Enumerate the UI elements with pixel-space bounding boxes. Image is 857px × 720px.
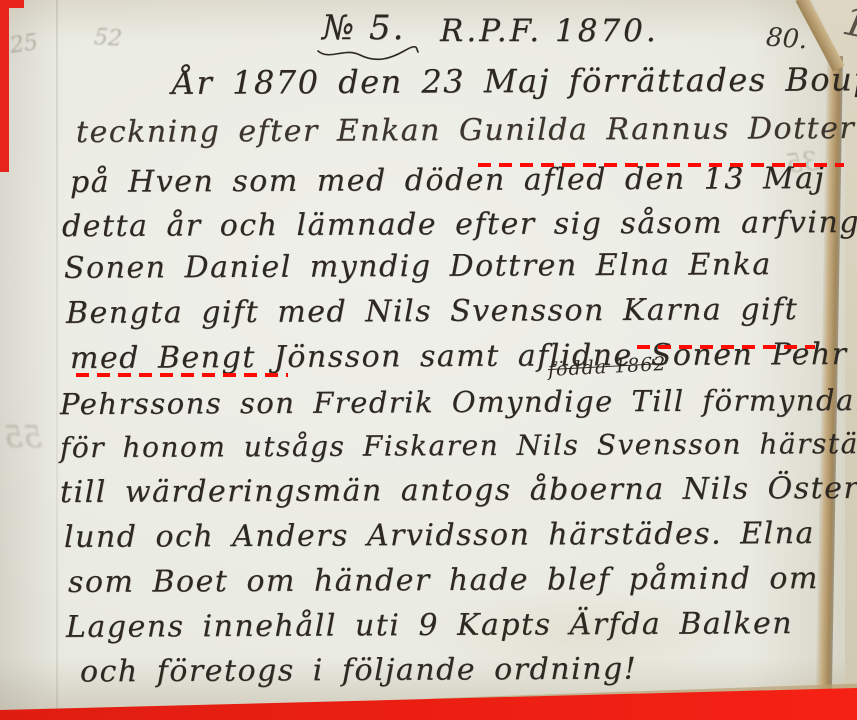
flourish-underline	[316, 46, 420, 62]
stray-pen-mark: 1	[838, 0, 857, 48]
handwritten-line-8: Pehrssons son Fredrik Omyndige Till förm…	[60, 383, 857, 421]
red-dashed-underline-bengt-jonsson	[76, 373, 288, 377]
handwritten-line-14: och företogs i följande ordning!	[80, 652, 637, 690]
handwritten-line-10: till wärderingsmän antogs åboerna Nils Ö…	[60, 471, 857, 510]
handwritten-line-6: Bengta gift med Nils Svensson Karna gift	[66, 292, 798, 331]
page-number: 80.	[765, 23, 808, 56]
ghost-mark: 25	[8, 30, 39, 59]
handwritten-line-5: Sonen Daniel myndig Dottren Elna Enka	[64, 247, 772, 286]
handwritten-line-13: Lagens innehåll uti 9 Kapts Ärfda Balken	[66, 606, 793, 645]
handwritten-line-11: lund och Anders Arvidsson härstädes. Eln…	[64, 516, 815, 555]
scan-red-bar-left	[0, 0, 9, 172]
handwritten-line-9: för honom utsågs Fiskaren Nils Svensson …	[60, 427, 857, 464]
case-number: № 5.	[322, 8, 405, 48]
red-dashed-underline-karna	[637, 345, 815, 349]
register-year-label: R.P.F. 1870.	[440, 13, 659, 49]
handwritten-line-4: detta år och lämnade efter sig såsom arf…	[62, 205, 857, 244]
handwritten-line-12: som Boet om händer hade blef påmind om	[68, 561, 819, 600]
handwritten-line-7: med Bengt Jönsson samt aflidne Sonen Peh…	[70, 337, 848, 376]
paper-fold-crease	[56, 0, 58, 720]
scan-red-notch-top	[0, 0, 24, 8]
handwritten-line-1: År 1870 den 23 Maj förrättades Boupp-	[172, 60, 857, 102]
red-dashed-underline-gunilda	[478, 163, 844, 167]
ghost-mark: 55	[4, 420, 42, 455]
ghost-mark: 52	[93, 25, 123, 52]
handwritten-line-2: teckning efter Enkan Gunilda Rannus Dott…	[76, 111, 855, 150]
